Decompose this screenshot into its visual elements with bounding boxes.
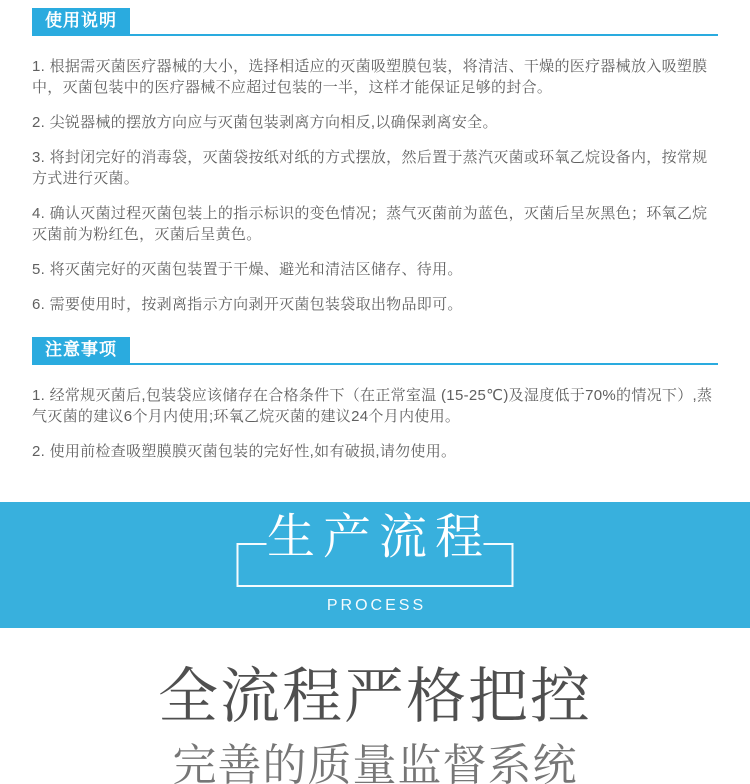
usage-item-3: 3. 将封闭完好的消毒袋，灭菌袋按纸对纸的方式摆放，然后置于蒸汽灭菌或环氧乙烷设… xyxy=(32,147,718,189)
notice-item-1: 1. 经常规灭菌后,包装袋应该储存在合格条件下（在正常室温 (15-25℃)及湿… xyxy=(32,385,718,427)
footer-headline: 全流程严格把控 xyxy=(0,664,750,730)
usage-item-2: 2. 尖锐器械的摆放方向应与灭菌包装剥离方向相反,以确保剥离安全。 xyxy=(32,112,718,133)
usage-item-1: 1. 根据需灭菌医疗器械的大小，选择相适应的灭菌吸塑膜包装，将清洁、干燥的医疗器… xyxy=(32,56,718,98)
notice-section-header: 注意事项 xyxy=(32,337,718,365)
usage-section: 使用说明 1. 根据需灭菌医疗器械的大小，选择相适应的灭菌吸塑膜包装，将清洁、干… xyxy=(32,0,718,315)
footer-subheadline: 完善的质量监督系统 xyxy=(0,740,750,784)
notice-title-badge: 注意事项 xyxy=(32,337,130,363)
usage-item-6: 6. 需要使用时，按剥离指示方向剥开灭菌包装袋取出物品即可。 xyxy=(32,294,718,315)
notice-item-2: 2. 使用前检查吸塑膜膜灭菌包装的完好性,如有破损,请勿使用。 xyxy=(32,441,718,462)
usage-item-5: 5. 将灭菌完好的灭菌包装置于干燥、避光和清洁区储存、待用。 xyxy=(32,259,718,280)
process-banner-title: 生产流程 xyxy=(0,510,750,566)
usage-title-badge: 使用说明 xyxy=(32,8,130,34)
notice-section: 注意事项 1. 经常规灭菌后,包装袋应该储存在合格条件下（在正常室温 (15-2… xyxy=(32,337,718,462)
process-banner-subtitle: PROCESS xyxy=(0,596,750,616)
process-banner: 生产流程 PROCESS xyxy=(0,502,750,628)
usage-section-header: 使用说明 xyxy=(32,8,718,36)
product-detail-page: 使用说明 1. 根据需灭菌医疗器械的大小，选择相适应的灭菌吸塑膜包装，将清洁、干… xyxy=(0,0,750,784)
usage-item-4: 4. 确认灭菌过程灭菌包装上的指示标识的变色情况；蒸气灭菌前为蓝色，灭菌后呈灰黑… xyxy=(32,203,718,245)
